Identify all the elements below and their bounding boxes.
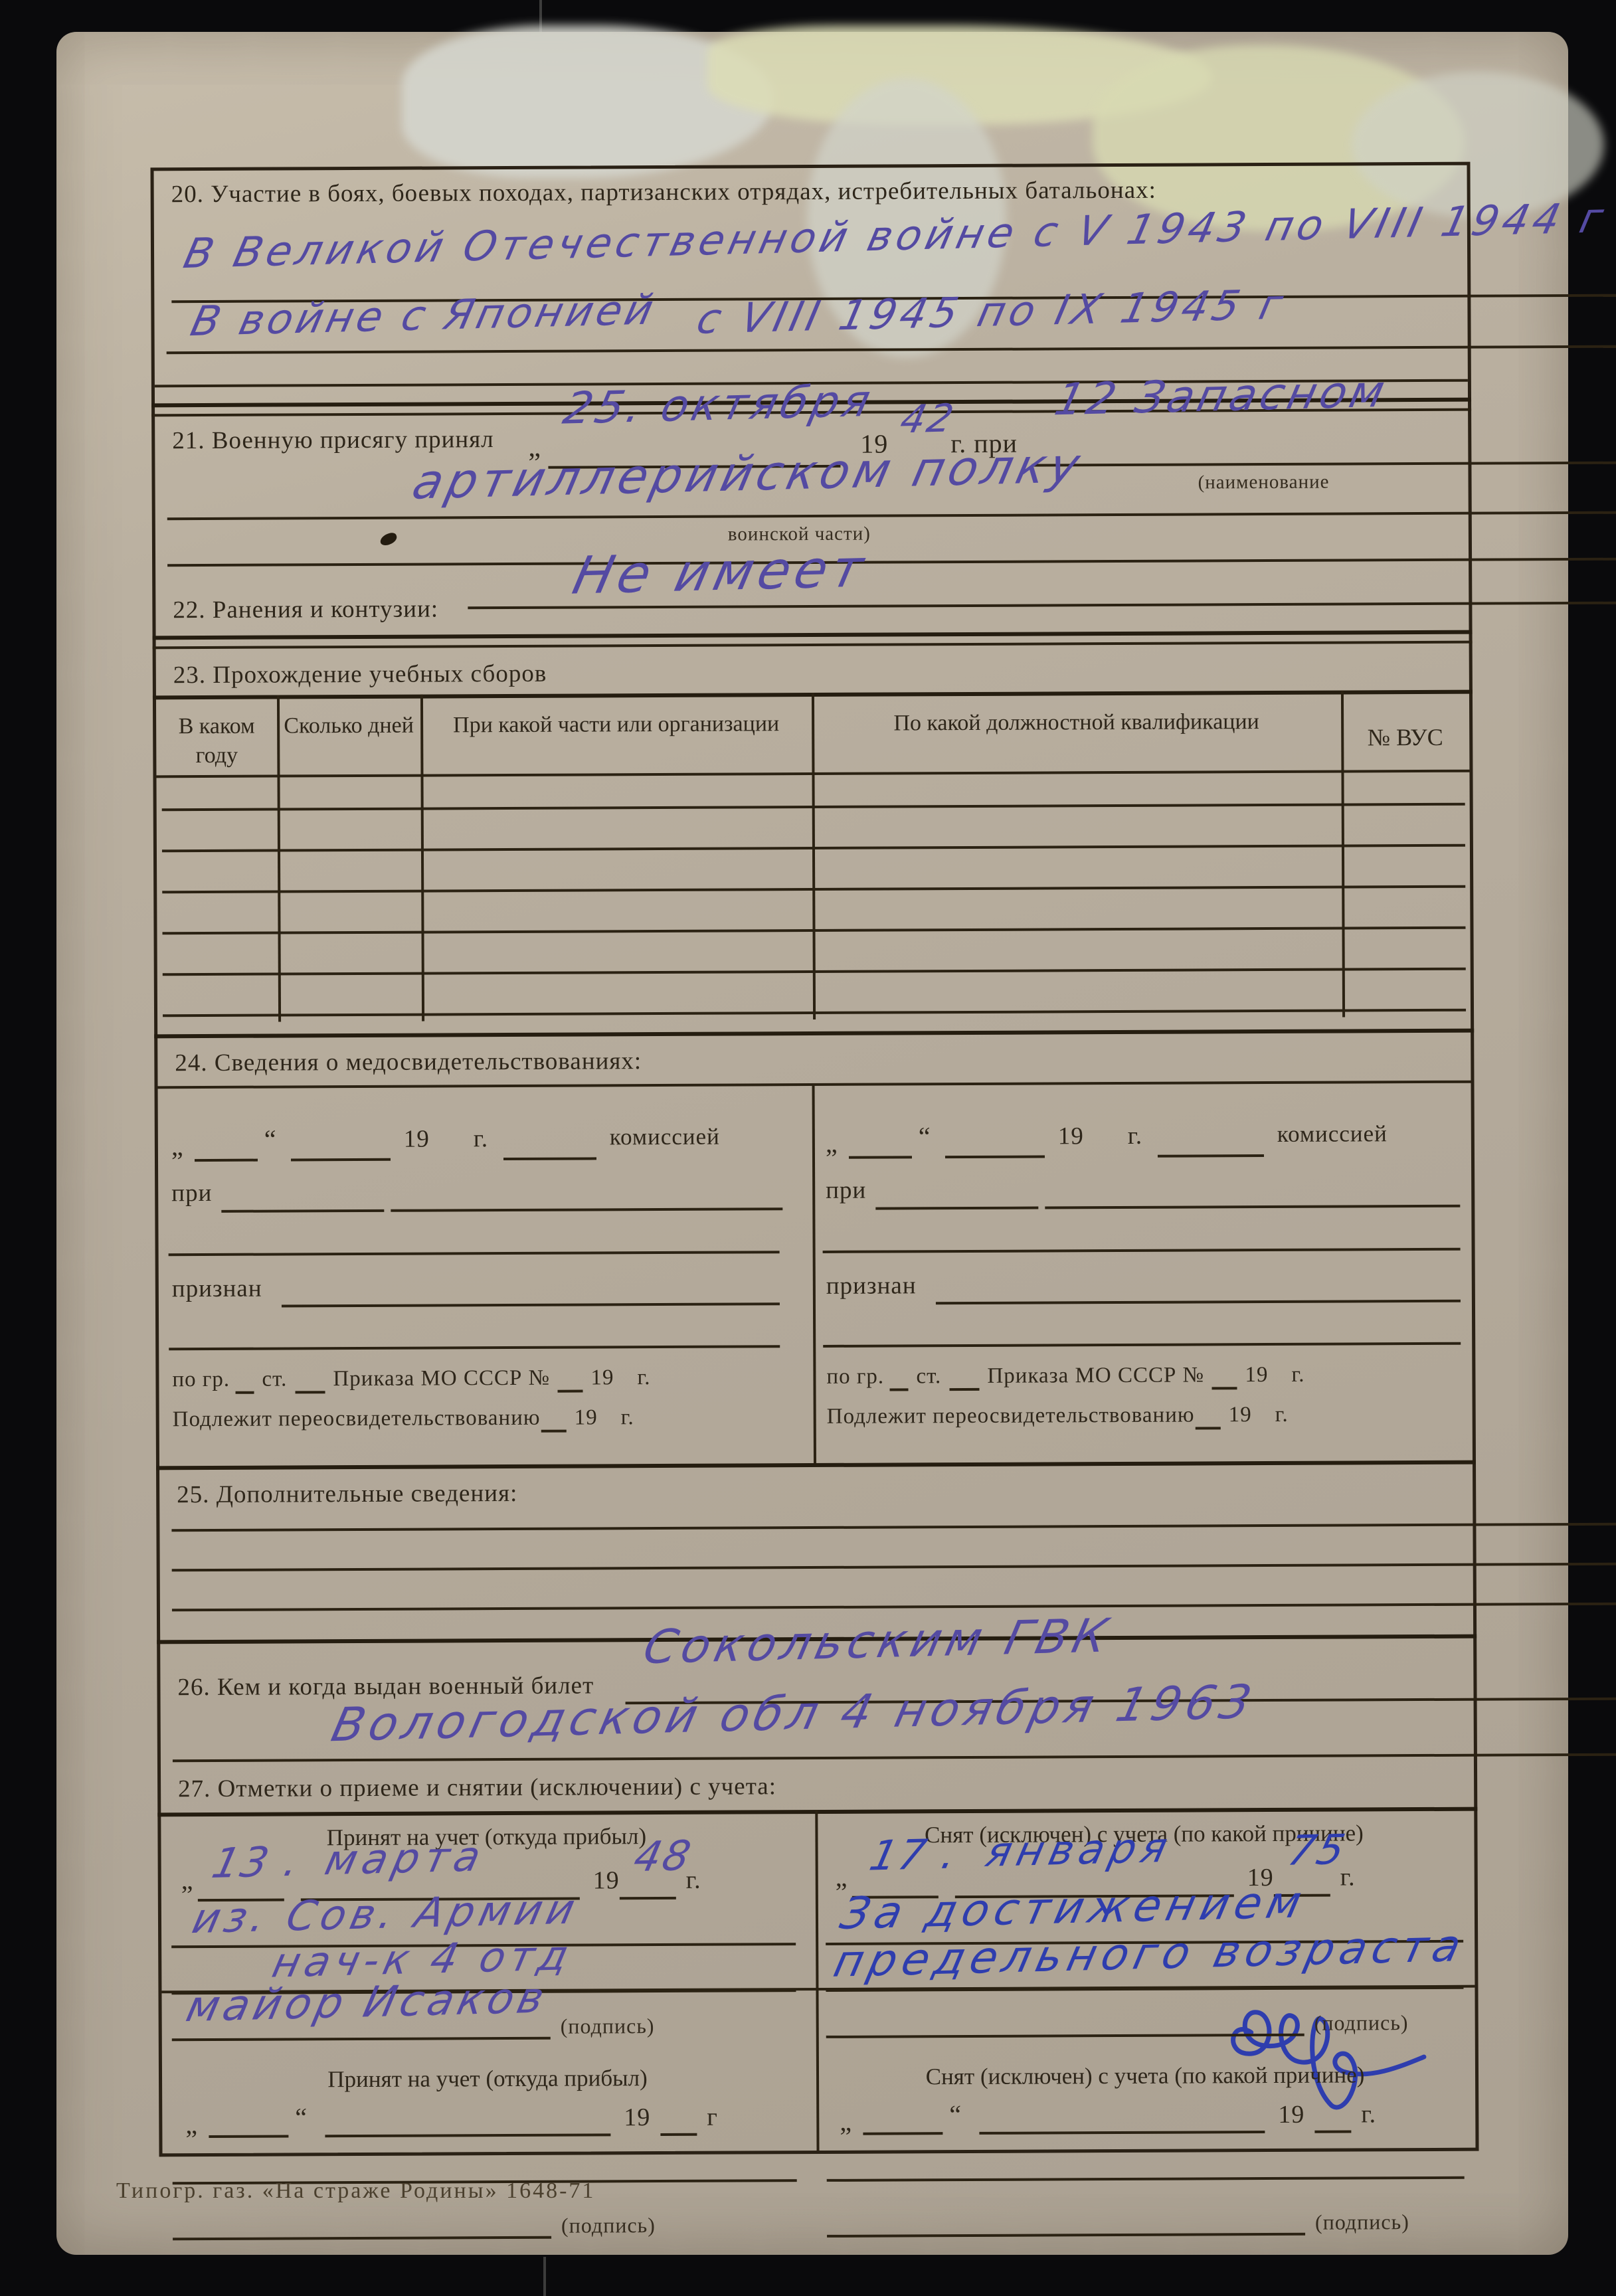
- field-line: [195, 1159, 258, 1162]
- recognized-label: признан: [172, 1275, 262, 1304]
- table-header-vus: № ВУС: [1341, 722, 1469, 754]
- accepted-hw-signature: майор Исаков: [182, 1973, 553, 2032]
- field-line: [1045, 1205, 1460, 1209]
- order-body: Приказа МО СССР №: [987, 1363, 1204, 1388]
- order-year: 19: [590, 1366, 614, 1390]
- blank-field-line: [171, 1523, 1616, 1532]
- year-suffix: г.: [474, 1124, 488, 1153]
- field-line: [1314, 2130, 1351, 2133]
- section23-title: 23. Прохождение учебных сборов: [173, 660, 547, 689]
- at-label: при: [171, 1179, 212, 1207]
- reexam-year: 19: [1229, 1403, 1252, 1427]
- table-header-year: В каком году: [156, 712, 277, 771]
- scanned-document-page: 20. Участие в боях, боевых походах, парт…: [0, 0, 1616, 2296]
- field-line: [558, 1390, 583, 1393]
- blank-field-line: [823, 1248, 1461, 1253]
- blank-field-line: [172, 1563, 1616, 1572]
- field-line: [503, 1157, 596, 1160]
- field-line: [172, 2037, 551, 2041]
- form-border-box: 20. Участие в боях, боевых походах, парт…: [150, 162, 1479, 2157]
- reexam-g: г.: [1275, 1403, 1289, 1427]
- section27-title: 27. Отметки о приеме и снятии (исключени…: [178, 1772, 776, 1803]
- quote-mark: “: [264, 1124, 277, 1155]
- reexam-year: 19: [575, 1405, 598, 1430]
- recognized-label: признан: [826, 1271, 917, 1300]
- field-line: [1212, 1387, 1237, 1389]
- removed-hw-month: января: [982, 1823, 1178, 1876]
- accepted-hw-day: 13 .: [208, 1837, 306, 1888]
- order-st: ст.: [262, 1367, 287, 1391]
- table-header-days: Сколько дней: [277, 711, 420, 741]
- field-line: [291, 1158, 391, 1162]
- field-line: [890, 1388, 909, 1391]
- quote-mark: „: [171, 1130, 184, 1162]
- field-line: [541, 1430, 567, 1433]
- year-prefix: 19: [624, 2103, 650, 2132]
- removed-hw-day: 17 .: [865, 1829, 963, 1880]
- year-g-plain: г: [707, 2103, 718, 2132]
- section21-handwriting-unit2: артиллерийском полку: [408, 437, 1089, 509]
- field-line: [173, 1753, 1616, 1763]
- field-line: [221, 1209, 384, 1213]
- section21-handwriting-date: 25. октября: [559, 375, 878, 434]
- signature-scribble: [1211, 1979, 1437, 2112]
- signature-caption: (подпись): [561, 2014, 655, 2039]
- order-g: г.: [637, 1366, 650, 1390]
- medbox-column-divider: [812, 1083, 816, 1463]
- field-line: [296, 1391, 325, 1393]
- field-line: [979, 2131, 1265, 2135]
- field-line: [167, 511, 1616, 521]
- order-body: Приказа МО СССР №: [333, 1366, 550, 1391]
- field-line: [849, 1156, 912, 1158]
- table-bottom-border: [154, 1029, 1474, 1039]
- reexam-label: Подлежит переосвидетельствованию: [173, 1406, 541, 1432]
- field-line: [282, 1302, 780, 1307]
- quote-mark: „: [826, 1128, 838, 1159]
- field-line: [945, 1155, 1045, 1158]
- field-line: [1196, 1427, 1221, 1429]
- section25-title: 25. Дополнительные сведения:: [177, 1479, 517, 1509]
- removed-header: Снят (исключен) с учета (по какой причин…: [826, 2060, 1464, 2093]
- commission-label: комиссией: [1277, 1120, 1388, 1148]
- field-line: [236, 1391, 254, 1394]
- reexam-label: Подлежит переосвидетельствованию: [827, 1403, 1195, 1429]
- field-line: [863, 2132, 943, 2135]
- section20-handwriting-line2a: В войне с Японией: [187, 285, 662, 345]
- order-prefix: по гр.: [172, 1368, 230, 1392]
- order-prefix: по гр.: [826, 1365, 884, 1389]
- blank-field-line: [823, 1342, 1461, 1348]
- commission-label: комиссией: [610, 1124, 720, 1151]
- section20-handwriting-line2b: с VIII 1945 по IX 1945 г: [693, 280, 1292, 343]
- section22-label: 22. Ранения и контузии:: [173, 594, 438, 624]
- at-label: при: [826, 1176, 866, 1205]
- year-prefix: 19: [593, 1866, 620, 1895]
- field-line: [660, 2133, 697, 2136]
- field-line: [950, 1388, 980, 1391]
- accepted-hw-month: марта: [321, 1832, 491, 1884]
- section21-caption-name: (наименование: [1198, 472, 1329, 494]
- signature-caption: (подпись): [1314, 2010, 1409, 2036]
- year-prefix: 19: [1058, 1122, 1084, 1150]
- field-line: [391, 1207, 782, 1212]
- table-header-unit: При какой части или организации: [420, 709, 812, 741]
- section26-handwriting-line1: Сокольским ГВК: [638, 1608, 1117, 1674]
- blank-field-line: [169, 1345, 780, 1350]
- year-prefix: 19: [404, 1125, 430, 1154]
- field-line: [827, 2233, 1305, 2238]
- year-g: г.: [1340, 1862, 1356, 1892]
- year-g: г.: [686, 1866, 701, 1895]
- field-line: [1032, 462, 1616, 467]
- order-g: г.: [1291, 1363, 1304, 1387]
- scan-scratch-bottom: [543, 2257, 546, 2296]
- table-header-qualification: По какой должностной квалификации: [812, 707, 1341, 739]
- field-line: [620, 1897, 676, 1899]
- order-year: 19: [1245, 1363, 1268, 1387]
- blank-field-line: [169, 1251, 780, 1256]
- printer-imprint: Типогр. газ. «На страже Родины» 1648-71: [116, 2178, 595, 2204]
- year-prefix: 19: [1278, 2100, 1304, 2129]
- blank-field-line: [167, 558, 1616, 567]
- quote-mark: “: [295, 2101, 308, 2133]
- section24-title: 24. Сведения о медосвидетельствованиях:: [175, 1047, 642, 1077]
- signature-caption: (подпись): [561, 2213, 656, 2238]
- section22-handwriting-answer: Не имеет: [567, 539, 873, 606]
- section21-label: 21. Военную присягу принял: [172, 425, 494, 455]
- section-divider: [153, 641, 1473, 650]
- field-line: [875, 1207, 1038, 1210]
- quote-mark: „: [181, 1864, 194, 1896]
- document-paper: 20. Участие в боях, боевых походах, парт…: [56, 32, 1568, 2255]
- field-line: [209, 2135, 288, 2138]
- quote-mark: “: [919, 1120, 931, 1152]
- grid-column-divider: [815, 1810, 819, 2151]
- field-line: [1158, 1154, 1264, 1158]
- reexam-g: г.: [621, 1405, 634, 1430]
- blank-field-line: [172, 1603, 1616, 1612]
- section-divider: [153, 630, 1473, 640]
- quote-mark: „: [840, 2106, 852, 2137]
- year-suffix: г.: [1128, 1122, 1142, 1150]
- quote-mark: „: [185, 2109, 198, 2140]
- year-g: г.: [1361, 2099, 1376, 2129]
- blank-field-line: [827, 2176, 1465, 2182]
- field-line: [936, 1300, 1461, 1304]
- field-line: [173, 2236, 551, 2240]
- accepted-header: Принят на учет (откуда прибыл): [182, 2062, 793, 2095]
- field-line: [167, 345, 1616, 355]
- order-st: ст.: [916, 1364, 941, 1389]
- ink-blot: [379, 531, 399, 547]
- quote-mark: “: [949, 2099, 962, 2130]
- signature-caption: (подпись): [1315, 2210, 1409, 2235]
- section21-handwriting-unit1: 12 Запасном: [1050, 366, 1393, 426]
- section20-title: 20. Участие в боях, боевых походах, парт…: [171, 176, 1156, 209]
- field-line: [325, 2133, 610, 2137]
- quote-mark: „: [836, 1862, 848, 1893]
